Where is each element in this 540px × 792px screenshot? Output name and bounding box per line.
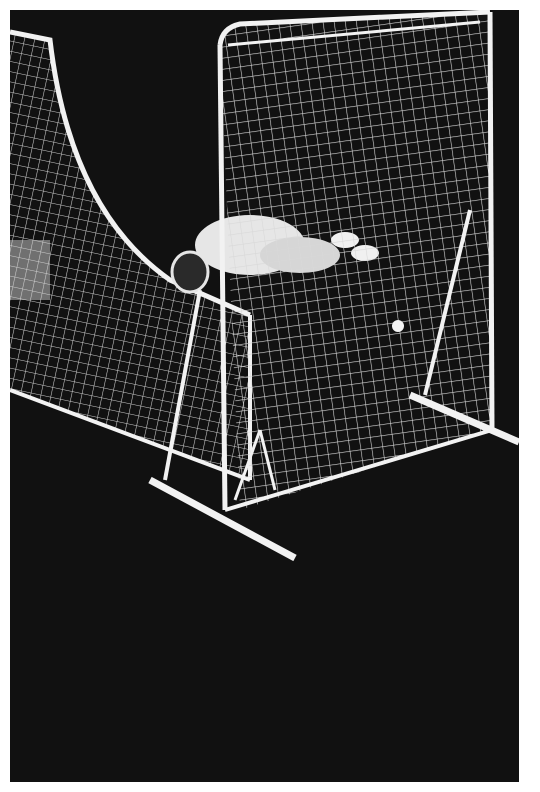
equipment-box (10, 240, 50, 300)
baseball (392, 320, 404, 332)
illustration (10, 10, 519, 782)
